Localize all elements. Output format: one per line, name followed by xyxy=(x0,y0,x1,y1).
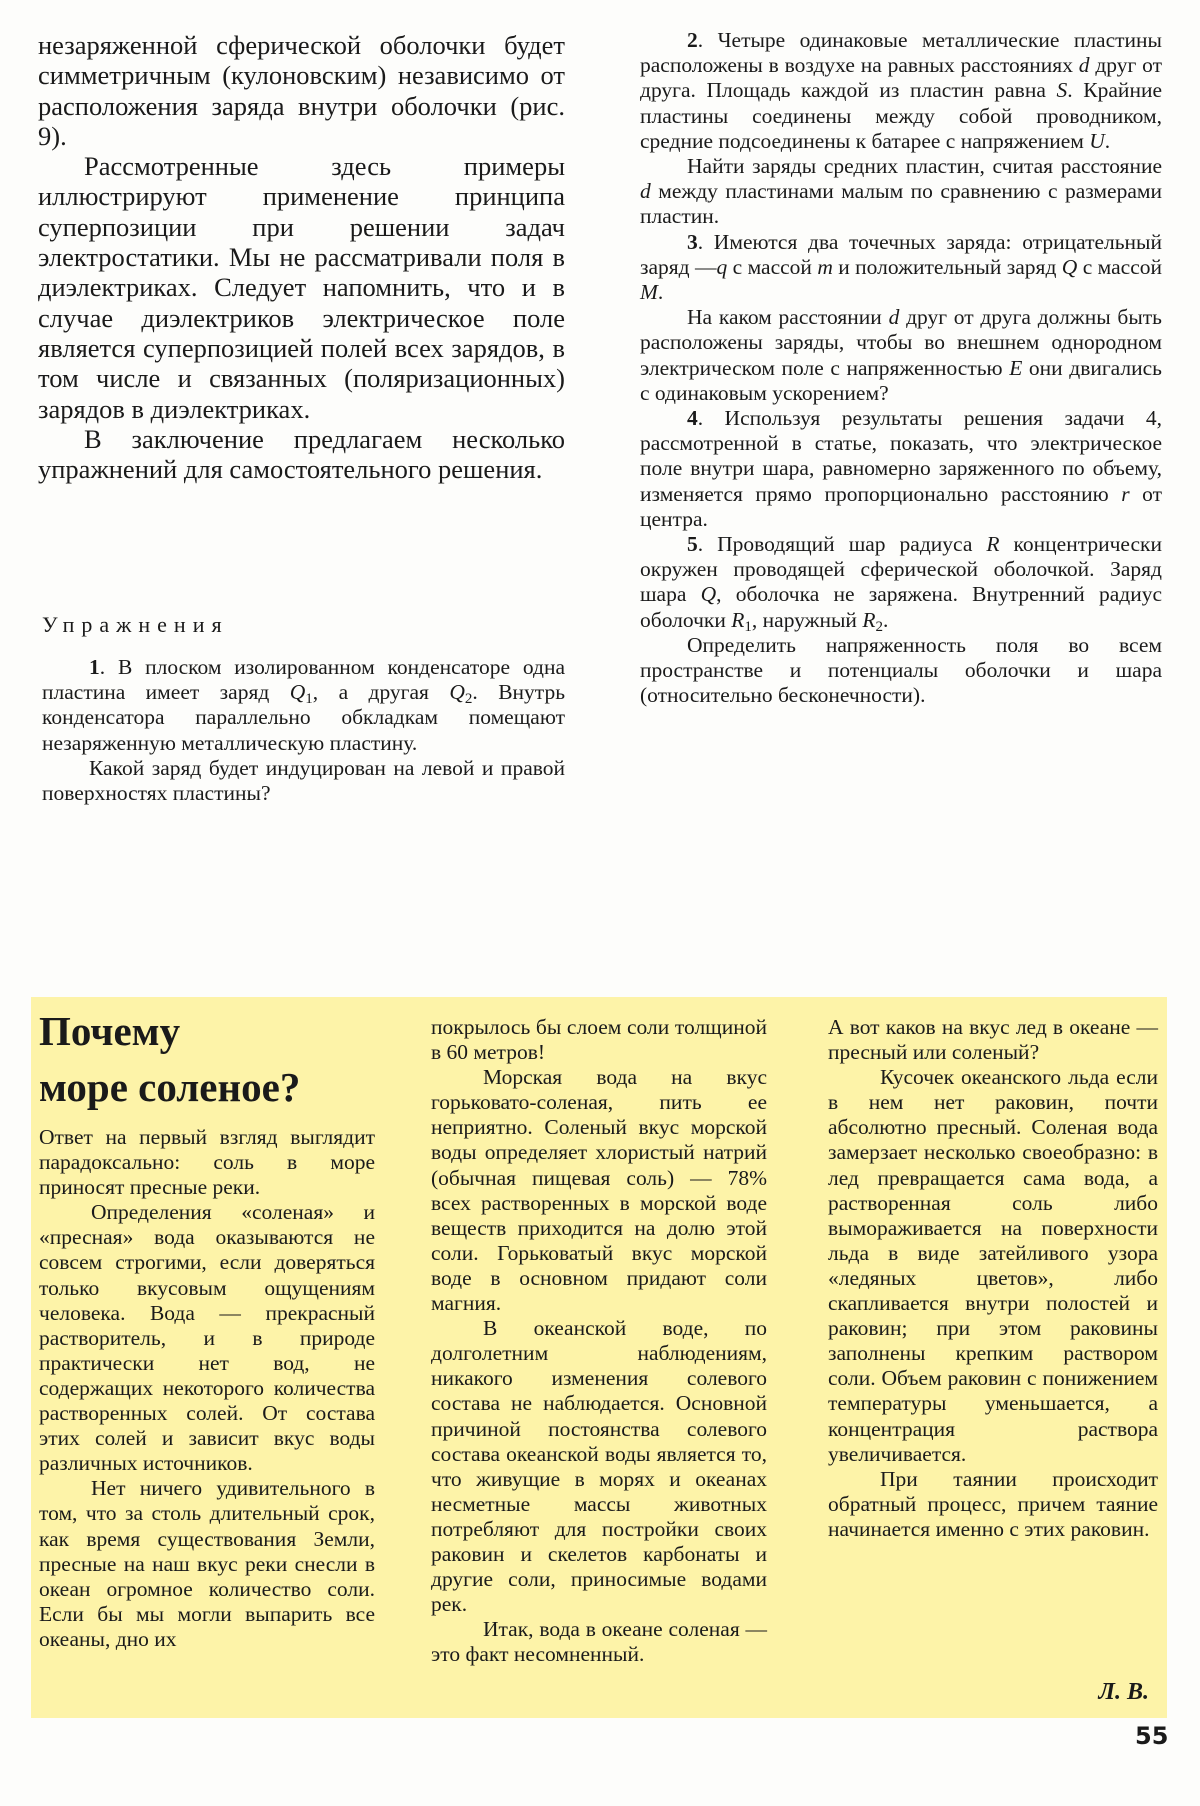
sidebar-column-1: Почемуморе соленое? Ответ на первый взгл… xyxy=(39,1003,375,1652)
sidebar-paragraph: Кусочек океанского льда если в нем нет р… xyxy=(828,1065,1158,1467)
article-paragraph: В заключение предлагаем несколько упражн… xyxy=(38,424,565,485)
sidebar-paragraph: А вот каков на вкус лед в океане — пресн… xyxy=(828,1015,1158,1065)
sidebar-column-3: А вот каков на вкус лед в океане — пресн… xyxy=(828,1015,1158,1542)
sidebar-paragraph: покрылось бы слоем соли толщиной в 60 ме… xyxy=(431,1015,767,1065)
exercise-5-question: Определить напряженность поля во всем пр… xyxy=(640,633,1162,709)
exercise-2: 2. Четыре одинаковые металлические пласт… xyxy=(640,28,1162,154)
exercise-1-question: Какой заряд будет индуцирован на левой и… xyxy=(42,756,565,806)
exercise-4: 4. Используя результаты решения задачи 4… xyxy=(640,406,1162,532)
exercises-left-column: 1. В плоском изолированном конденсаторе … xyxy=(42,655,565,806)
sidebar-column-2: покрылось бы слоем соли толщиной в 60 ме… xyxy=(431,1015,767,1667)
sidebar-title: Почемуморе соленое? xyxy=(39,1003,375,1115)
sidebar-paragraph: При таянии происходит обратный процесс, … xyxy=(828,1467,1158,1542)
sidebar-paragraph: Итак, вода в океане соленая — это факт н… xyxy=(431,1617,767,1667)
exercise-1: 1. В плоском изолированном конденсаторе … xyxy=(42,655,565,756)
exercise-5: 5. Проводящий шар радиуса R концентричес… xyxy=(640,532,1162,633)
sidebar-paragraph: Нет ничего удивительного в том, что за с… xyxy=(39,1476,375,1652)
sidebar-paragraph: Ответ на первый взгляд выглядит парадокс… xyxy=(39,1125,375,1200)
exercise-3-question: На каком расстоянии d друг от друга долж… xyxy=(640,305,1162,406)
exercises-heading: Упражнения xyxy=(42,612,229,638)
article-paragraph: Рассмотренные здесь примеры иллюстрируют… xyxy=(38,151,565,424)
page-number: 55 xyxy=(1135,1722,1168,1750)
exercise-3: 3. Имеются два точечных заряда: отрицате… xyxy=(640,230,1162,306)
author-signature: Л. В. xyxy=(1099,1679,1149,1706)
article-ending: незаряженной сферической оболочки будет … xyxy=(38,30,565,484)
sidebar-paragraph: В океанской воде, по долголетним наблюде… xyxy=(431,1316,767,1617)
sidebar-paragraph: Морская вода на вкус горьковато-соленая,… xyxy=(431,1065,767,1316)
exercises-right-column: 2. Четыре одинаковые металлические пласт… xyxy=(640,28,1162,708)
sidebar-article-box: Почемуморе соленое? Ответ на первый взгл… xyxy=(31,997,1167,1718)
sidebar-paragraph: Определения «соленая» и «пресная» вода о… xyxy=(39,1200,375,1476)
article-paragraph: незаряженной сферической оболочки будет … xyxy=(38,30,565,151)
exercise-2-question: Найти заряды средних пластин, считая рас… xyxy=(640,154,1162,230)
